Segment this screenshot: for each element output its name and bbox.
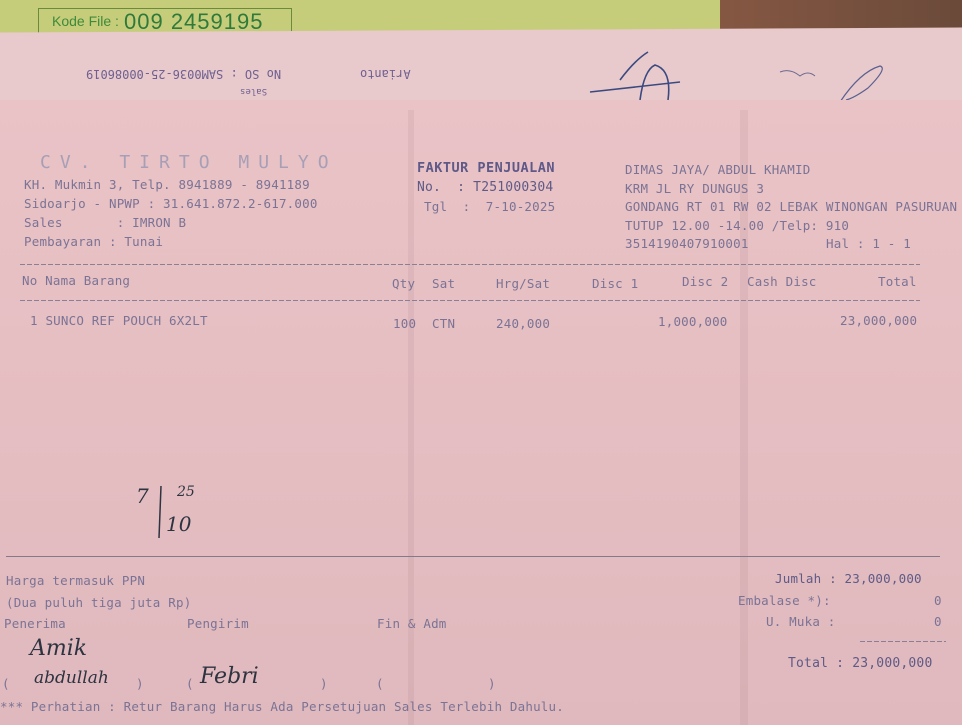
header-price: Hrg/Sat xyxy=(496,276,550,291)
header-unit: Sat xyxy=(432,276,455,291)
buyer-name: DIMAS JAYA/ ABDUL KHAMID xyxy=(625,162,810,177)
handwritten-month: 10 xyxy=(166,512,191,536)
back-copy-sales: Sales xyxy=(240,86,267,96)
footer-rule xyxy=(6,556,940,557)
total-rule xyxy=(860,641,946,642)
amount-in-words: (Dua puluh tiga juta Rp) xyxy=(6,595,191,610)
paren-open-fin: ( xyxy=(376,676,384,691)
sender-name-handwritten: Febri xyxy=(200,664,259,689)
table-top-rule xyxy=(20,264,920,265)
receiver-name-handwritten: abdullah xyxy=(34,668,109,688)
row-disc2: 1,000,000 xyxy=(658,314,728,329)
handwritten-slash xyxy=(156,484,166,540)
invoice-number: No. : T251000304 xyxy=(417,180,553,195)
fin-adm-label: Fin & Adm xyxy=(377,616,447,631)
invoice-title: FAKTUR PENJUALAN xyxy=(417,160,555,176)
header-disc1: Disc 1 xyxy=(592,276,638,291)
invoice-date: Tgl : 7-10-2025 xyxy=(424,199,555,214)
paren-close-sender: ) xyxy=(320,676,328,691)
row-total: 23,000,000 xyxy=(840,313,917,328)
paren-open-sender: ( xyxy=(186,676,194,691)
receiver-label: Penerima xyxy=(4,616,66,631)
buyer-address-2: GONDANG RT 01 RW 02 LEBAK WINONGAN PASUR… xyxy=(625,199,957,214)
row-price: 240,000 xyxy=(496,316,550,331)
back-copy-name: Arianto xyxy=(360,67,411,81)
page-indicator: Hal : 1 - 1 xyxy=(826,236,911,251)
back-copy-so-number: No SO : SAM0036-25-00086019 xyxy=(86,67,281,81)
buyer-hours-phone: TUTUP 12.00 -14.00 /Telp: 910 xyxy=(625,218,849,233)
embalase-label: Embalase *): xyxy=(738,593,831,608)
paren-close-fin: ) xyxy=(488,676,496,691)
subtotal-jumlah: Jumlah : 23,000,000 xyxy=(775,571,922,586)
header-disc2: Disc 2 xyxy=(682,274,728,289)
table-header-rule xyxy=(20,300,920,301)
sender-label: Pengirim xyxy=(187,616,249,631)
paren-open-receiver: ( xyxy=(2,676,10,691)
grand-total: Total : 23,000,000 xyxy=(788,656,932,671)
seller-npwp: Sidoarjo - NPWP : 31.641.872.2-617.000 xyxy=(24,196,318,211)
seller-address: KH. Mukmin 3, Telp. 8941889 - 8941189 xyxy=(24,177,310,192)
header-no-name: No Nama Barang xyxy=(22,273,130,288)
row-item-name: 1 SUNCO REF POUCH 6X2LT xyxy=(30,313,208,328)
buyer-address-1: KRM JL RY DUNGUS 3 xyxy=(625,181,764,196)
receiver-signature: Amik xyxy=(30,636,87,661)
down-payment-value: 0 xyxy=(934,614,942,629)
header-qty: Qty xyxy=(392,276,415,291)
row-qty: 100 xyxy=(393,316,416,331)
handwritten-year: 25 xyxy=(177,484,195,500)
ppn-note: Harga termasuk PPN xyxy=(6,573,145,588)
return-policy-notice: *** Perhatian : Retur Barang Harus Ada P… xyxy=(0,699,564,714)
embalase-value: 0 xyxy=(934,593,942,608)
buyer-id: 3514190407910001 xyxy=(625,236,749,251)
header-total: Total xyxy=(878,274,917,289)
kode-file-label: Kode File : xyxy=(52,13,119,29)
payment-method: Pembayaran : Tunai xyxy=(24,234,163,249)
company-name: CV. TIRTO MULYO xyxy=(40,152,338,173)
paren-close-receiver: ) xyxy=(136,676,144,691)
down-payment-label: U. Muka : xyxy=(766,614,836,629)
handwritten-day: 7 xyxy=(136,484,149,508)
row-unit: CTN xyxy=(432,316,455,331)
sales-person: Sales : IMRON B xyxy=(24,215,186,230)
header-cash-disc: Cash Disc xyxy=(747,274,817,289)
paper-fold xyxy=(408,110,414,725)
